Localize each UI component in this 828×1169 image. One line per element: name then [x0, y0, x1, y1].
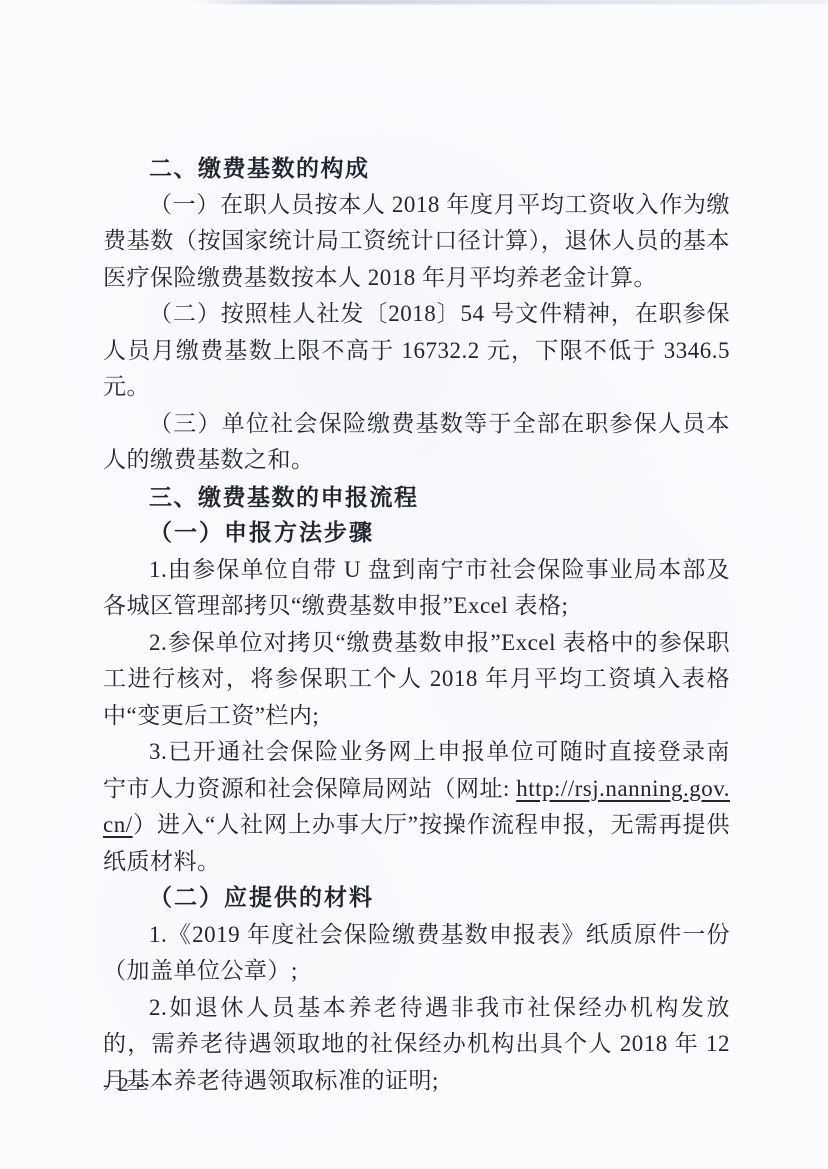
scan-edge-artifact: [190, 0, 828, 4]
document-body: 二、缴费基数的构成 （一）在职人员按本人 2018 年度月平均工资收入作为缴费基…: [103, 150, 730, 1099]
paragraph-material-2-pension-certificate: 2.如退休人员基本养老待遇非我市社保经办机构发放的，需养老待遇领取地的社保经办机…: [103, 990, 730, 1100]
subheading-required-materials: （二）应提供的材料: [103, 880, 730, 917]
paragraph-upper-lower-limits: （二）按照桂人社发〔2018〕54 号文件精神，在职参保人员月缴费基数上限不高于…: [103, 296, 730, 406]
paragraph-step-1-usb-copy: 1.由参保单位自带 U 盘到南宁市社会保险事业局本部及各城区管理部拷贝“缴费基数…: [103, 552, 730, 625]
subheading-declaration-method-steps: （一）申报方法步骤: [103, 515, 730, 552]
paragraph-material-1-declaration-form: 1.《2019 年度社会保险缴费基数申报表》纸质原件一份（加盖单位公章）;: [103, 917, 730, 990]
paragraph-unit-base-sum: （三）单位社会保险缴费基数等于全部在职参保人员本人的缴费基数之和。: [103, 406, 730, 479]
paragraph-active-employee-base: （一）在职人员按本人 2018 年度月平均工资收入作为缴费基数（按国家统计局工资…: [103, 187, 730, 297]
paragraph-step-3-online-declaration: 3.已开通社会保险业务网上申报单位可随时直接登录南宁市人力资源和社会保障局网站（…: [103, 734, 730, 880]
paragraph-step-2-verify-excel: 2.参保单位对拷贝“缴费基数申报”Excel 表格中的参保职工进行核对，将参保职…: [103, 625, 730, 735]
section-heading-payment-base-composition: 二、缴费基数的构成: [103, 150, 730, 187]
step-3-text-after-link: ）进入“人社网上办事大厅”按操作流程申报，无需再提供纸质材料。: [103, 812, 730, 874]
section-heading-declaration-process: 三、缴费基数的申报流程: [103, 479, 730, 516]
page-number: - 2 -: [103, 1074, 146, 1097]
